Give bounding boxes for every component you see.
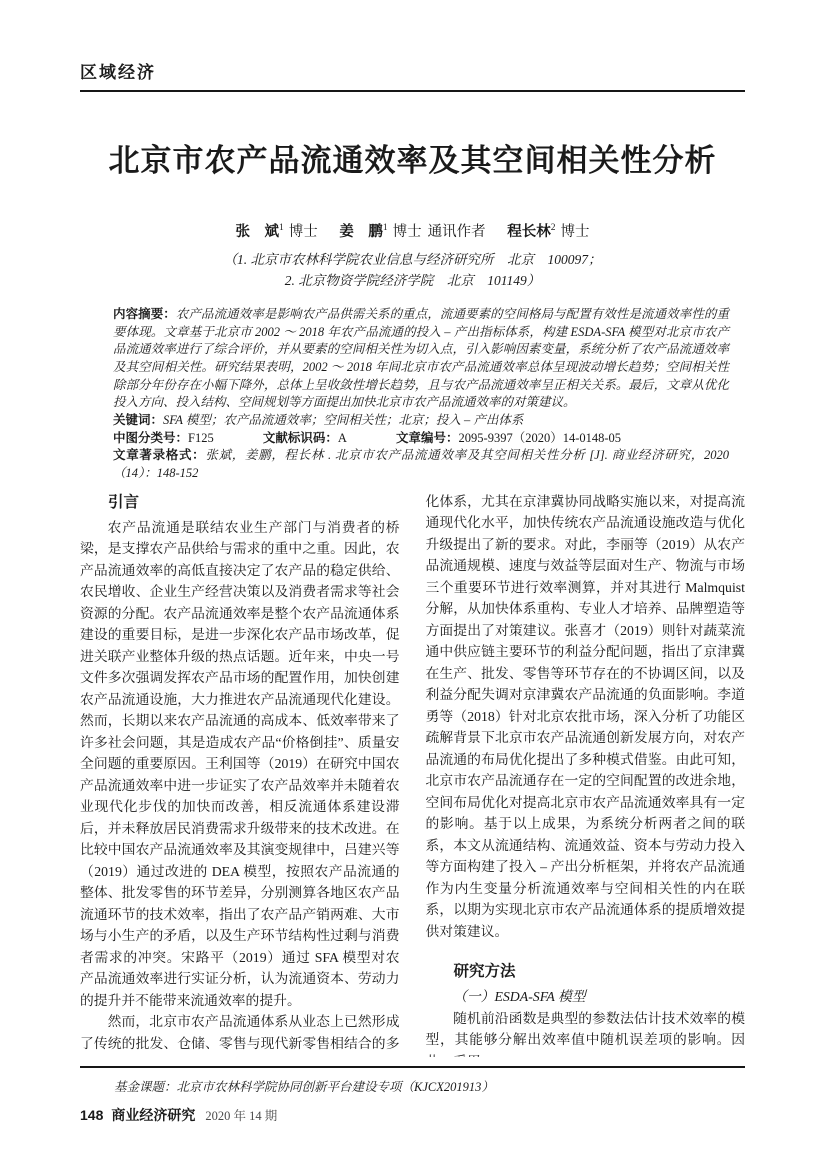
abstract-text: 农产品流通效率是影响农产品供需关系的重点，流通要素的空间格局与配置有效性是流通效… [113,307,729,410]
corresponding-author-label: 通讯作者 [428,224,486,240]
article-title: 北京市农产品流通效率及其空间相关性分析 [80,138,745,184]
clc-number: 中图分类号：F125 [113,431,214,445]
citation-text: 张斌，姜鹏，程长林 . 北京市农产品流通效率及其空间相关性分析 [J]. 商业经… [113,448,729,480]
page-number: 148 [80,1107,103,1123]
journal-name: 商业经济研究 [111,1107,195,1123]
intro-heading: 引言 [80,491,400,515]
methods-subheading: （一）ESDA-SFA 模型 [426,986,746,1008]
author-2-name: 姜 鹏 [339,224,383,240]
document-code: 文献标识码：A [263,431,347,445]
citation-format: 文章著录格式：张斌，姜鹏，程长林 . 北京市农产品流通效率及其空间相关性分析 [… [113,447,729,482]
keywords-text: SFA 模型；农产品流通效率；空间相关性；北京；投入 – 产出体系 [163,413,523,427]
abstract-label: 内容摘要： [113,307,176,321]
methods-paragraph-1: 随机前沿函数是典型的参数法估计技术效率的模型，其能够分解出效率值中随机误差项的影… [426,1008,746,1057]
fund-note-label: 基金课题： [114,1080,177,1094]
classification-row: 中图分类号：F125 文献标识码：A 文章编号：2095-9397（2020）1… [113,430,729,448]
fund-note-text: 北京市农林科学院协同创新平台建设专项（KJCX201913） [177,1080,494,1094]
clc-value: F125 [188,431,214,445]
intro-paragraph-1: 农产品流通是联结农业生产部门与消费者的桥梁，是支撑农产品供给与需求的重中之重。因… [80,517,400,1012]
author-3-degree: 博士 [561,224,590,240]
intro-paragraph-2-continuation: 化体系，尤其在京津冀协同战略实施以来，对提高流通现代化水平，加快传统农产品流通设… [426,491,746,943]
document-code-value: A [338,431,347,445]
affiliation-line-1: （1. 北京市农林科学院农业信息与经济研究所 北京 100097； [80,249,745,271]
intro-paragraph-2: 然而，北京市农产品流通体系从业态上已然形成了传统的批发、仓储、零售与现代新零售相… [80,1011,400,1057]
fund-note: 基金课题：北京市农林科学院协同创新平台建设专项（KJCX201913） [80,1077,745,1095]
keywords: 关键词：SFA 模型；农产品流通效率；空间相关性；北京；投入 – 产出体系 [113,412,729,430]
author-3-name: 程长林 [507,224,551,240]
author-1-affiliation-mark: 1 [279,223,284,233]
author-2-degree: 博士 [393,224,422,240]
left-column: 引言 农产品流通是联结农业生产部门与消费者的桥梁，是支撑农产品供给与需求的重中之… [80,491,400,1057]
author-2-affiliation-mark: 1 [383,223,388,233]
methods-heading: 研究方法 [426,960,746,984]
citation-label: 文章著录格式： [113,448,205,462]
article-number-label: 文章编号： [396,431,459,445]
right-column: 化体系，尤其在京津冀协同战略实施以来，对提高流通现代化水平，加快传统农产品流通设… [426,491,746,1057]
author-1-name: 张 斌 [236,224,280,240]
fund-note-area: 基金课题：北京市农林科学院协同创新平台建设专项（KJCX201913） [80,1066,745,1095]
author-2: 姜 鹏1博士通讯作者 [339,224,485,240]
abstract: 内容摘要：农产品流通效率是影响农产品供需关系的重点，流通要素的空间格局与配置有效… [113,306,729,412]
article-number: 文章编号：2095-9397（2020）14-0148-05 [396,431,621,445]
affiliation-line-2: 2. 北京物资学院经济学院 北京 101149） [80,270,745,292]
abstract-block: 内容摘要：农产品流通效率是影响农产品供需关系的重点，流通要素的空间格局与配置有效… [113,306,729,483]
article-number-value: 2095-9397（2020）14-0148-05 [459,431,622,445]
issue-label: 2020 年 14 期 [205,1109,277,1123]
paper-page: 区域经济 北京市农产品流通效率及其空间相关性分析 张 斌1博士 姜 鹏1博士通讯… [0,0,827,1169]
author-1: 张 斌1博士 [236,224,318,240]
keywords-label: 关键词： [113,413,163,427]
author-3-affiliation-mark: 2 [551,223,556,233]
authors-line: 张 斌1博士 姜 鹏1博士通讯作者 程长林2博士 [80,218,745,242]
clc-label: 中图分类号： [113,431,188,445]
body-columns: 引言 农产品流通是联结农业生产部门与消费者的桥梁，是支撑农产品供给与需求的重中之… [80,491,745,1057]
author-1-degree: 博士 [289,224,318,240]
page-footer: 148商业经济研究2020 年 14 期 [80,1106,277,1126]
affiliations: （1. 北京市农林科学院农业信息与经济研究所 北京 100097； 2. 北京物… [80,249,745,292]
document-code-label: 文献标识码： [263,431,338,445]
journal-section-label: 区域经济 [80,63,156,82]
masthead: 区域经济 [80,58,745,92]
author-3: 程长林2博士 [507,224,589,240]
